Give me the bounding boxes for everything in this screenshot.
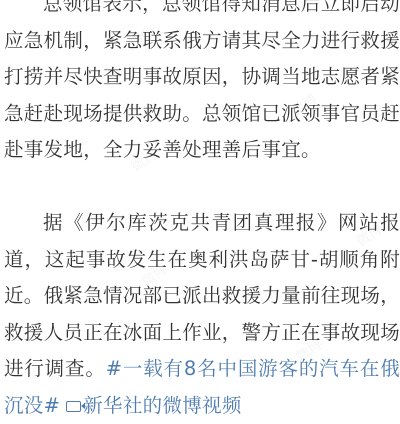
video-link-label: 新华社的微博视频 <box>83 394 241 401</box>
paragraph-consulate-statement: 总领馆表示，总领馆得知消息后立即启动应急机制，紧急联系俄方请其尽全力进行救援打捞… <box>4 0 400 169</box>
article-body: 总领馆表示，总领馆得知消息后立即启动应急机制，紧急联系俄方请其尽全力进行救援打捞… <box>4 0 400 400</box>
paragraph-text: 据《伊尔库茨克共青团真理报》网站报道，这起事故发生在奥利洪岛萨甘-胡顺角附近。俄… <box>4 211 400 380</box>
video-link[interactable]: 新华社的微博视频 <box>60 394 241 401</box>
paragraph-news-report: 据《伊尔库茨克共青团真理报》网站报道，这起事故发生在奥利洪岛萨甘-胡顺角附近。俄… <box>4 205 400 400</box>
paragraph-text: 总领馆表示，总领馆得知消息后立即启动应急机制，紧急联系俄方请其尽全力进行救援打捞… <box>4 0 400 161</box>
